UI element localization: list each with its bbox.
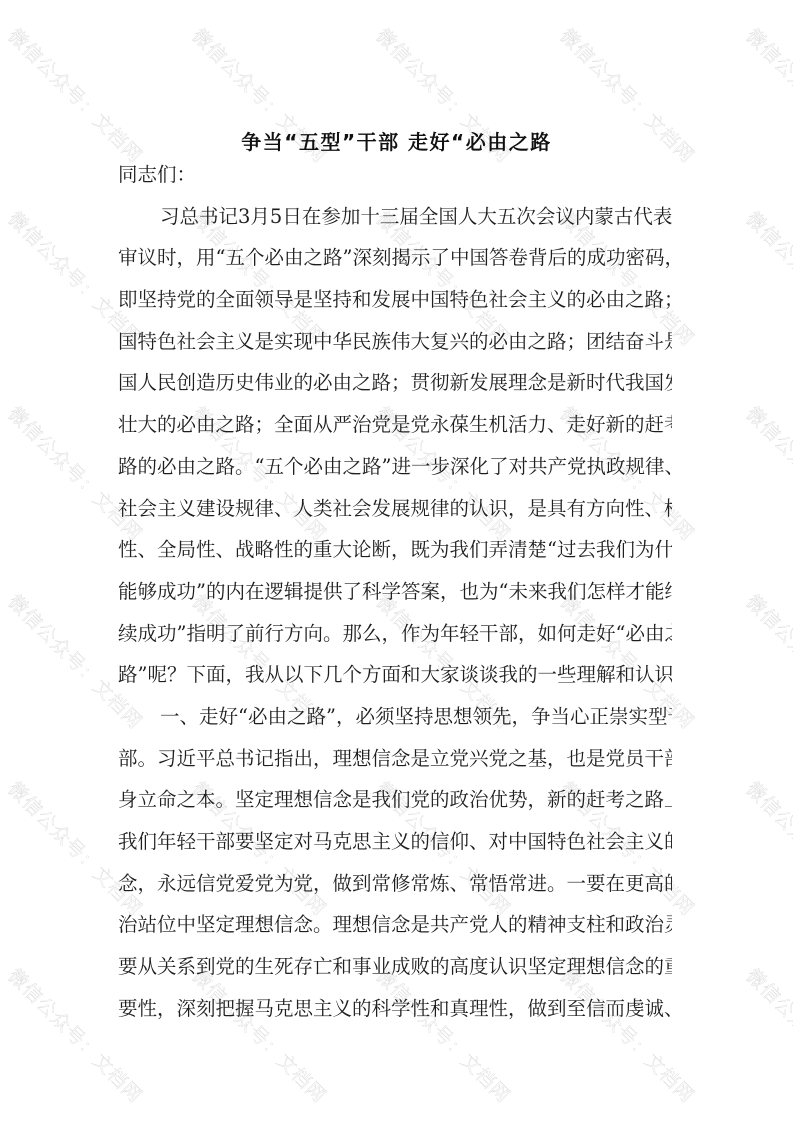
paragraph-2-line: 部。习近平总书记指出，理想信念是立党兴党之基，也是党员干部安	[118, 738, 672, 780]
paragraph-1-line: 路”呢？下面，我从以下几个方面和大家谈谈我的一些理解和认识。	[118, 654, 672, 696]
paragraph-1-line: 习总书记3月5日在参加十三届全国人大五次会议内蒙古代表团	[118, 196, 672, 238]
document-title: 争当“五型”干部 走好“必由之路	[0, 128, 793, 156]
paragraph-1-line: 续成功”指明了前行方向。那么，作为年轻干部，如何走好“必由之	[118, 613, 672, 655]
paragraph-2-line: 要从关系到党的生死存亡和事业成败的高度认识坚定理想信念的重	[118, 946, 672, 988]
paragraph-2-line: 治站位中坚定理想信念。理想信念是共产党人的精神支柱和政治灵魂，	[118, 904, 672, 946]
paragraph-1-line: 审议时，用“五个必由之路”深刻揭示了中国答卷背后的成功密码，	[118, 237, 672, 279]
salutation: 同志们：	[118, 154, 672, 196]
document-body: 同志们： 习总书记3月5日在参加十三届全国人大五次会议内蒙古代表团 审议时，用“…	[118, 154, 672, 1029]
document-page: 争当“五型”干部 走好“必由之路 同志们： 习总书记3月5日在参加十三届全国人大…	[0, 0, 793, 1122]
paragraph-1-line: 壮大的必由之路；全面从严治党是党永葆生机活力、走好新的赶考之	[118, 404, 672, 446]
paragraph-1-line: 社会主义建设规律、人类社会发展规律的认识，是具有方向性、根本	[118, 488, 672, 530]
paragraph-1-line: 国特色社会主义是实现中华民族伟大复兴的必由之路；团结奋斗是中	[118, 321, 672, 363]
paragraph-1-line: 国人民创造历史伟业的必由之路；贯彻新发展理念是新时代我国发展	[118, 362, 672, 404]
paragraph-2-line: 我们年轻干部要坚定对马克思主义的信仰、对中国特色社会主义的信	[118, 821, 672, 863]
paragraph-2-line: 念，永远信党爱党为党，做到常修常炼、常悟常进。一要在更高的政	[118, 863, 672, 905]
paragraph-2-line: 身立命之本。坚定理想信念是我们党的政治优势，新的赶考之路上，	[118, 779, 672, 821]
paragraph-1-line: 能够成功”的内在逻辑提供了科学答案，也为“未来我们怎样才能继	[118, 571, 672, 613]
paragraph-2-line: 一、走好“必由之路”，必须坚持思想领先，争当心正崇实型干	[118, 696, 672, 738]
paragraph-1-line: 路的必由之路。“五个必由之路”进一步深化了对共产党执政规律、	[118, 446, 672, 488]
paragraph-1-line: 性、全局性、战略性的重大论断，既为我们弄清楚“过去我们为什么	[118, 529, 672, 571]
paragraph-2-line: 要性，深刻把握马克思主义的科学性和真理性，做到至信而虔诚、坚	[118, 988, 672, 1030]
paragraph-1-line: 即坚持党的全面领导是坚持和发展中国特色社会主义的必由之路；中	[118, 279, 672, 321]
